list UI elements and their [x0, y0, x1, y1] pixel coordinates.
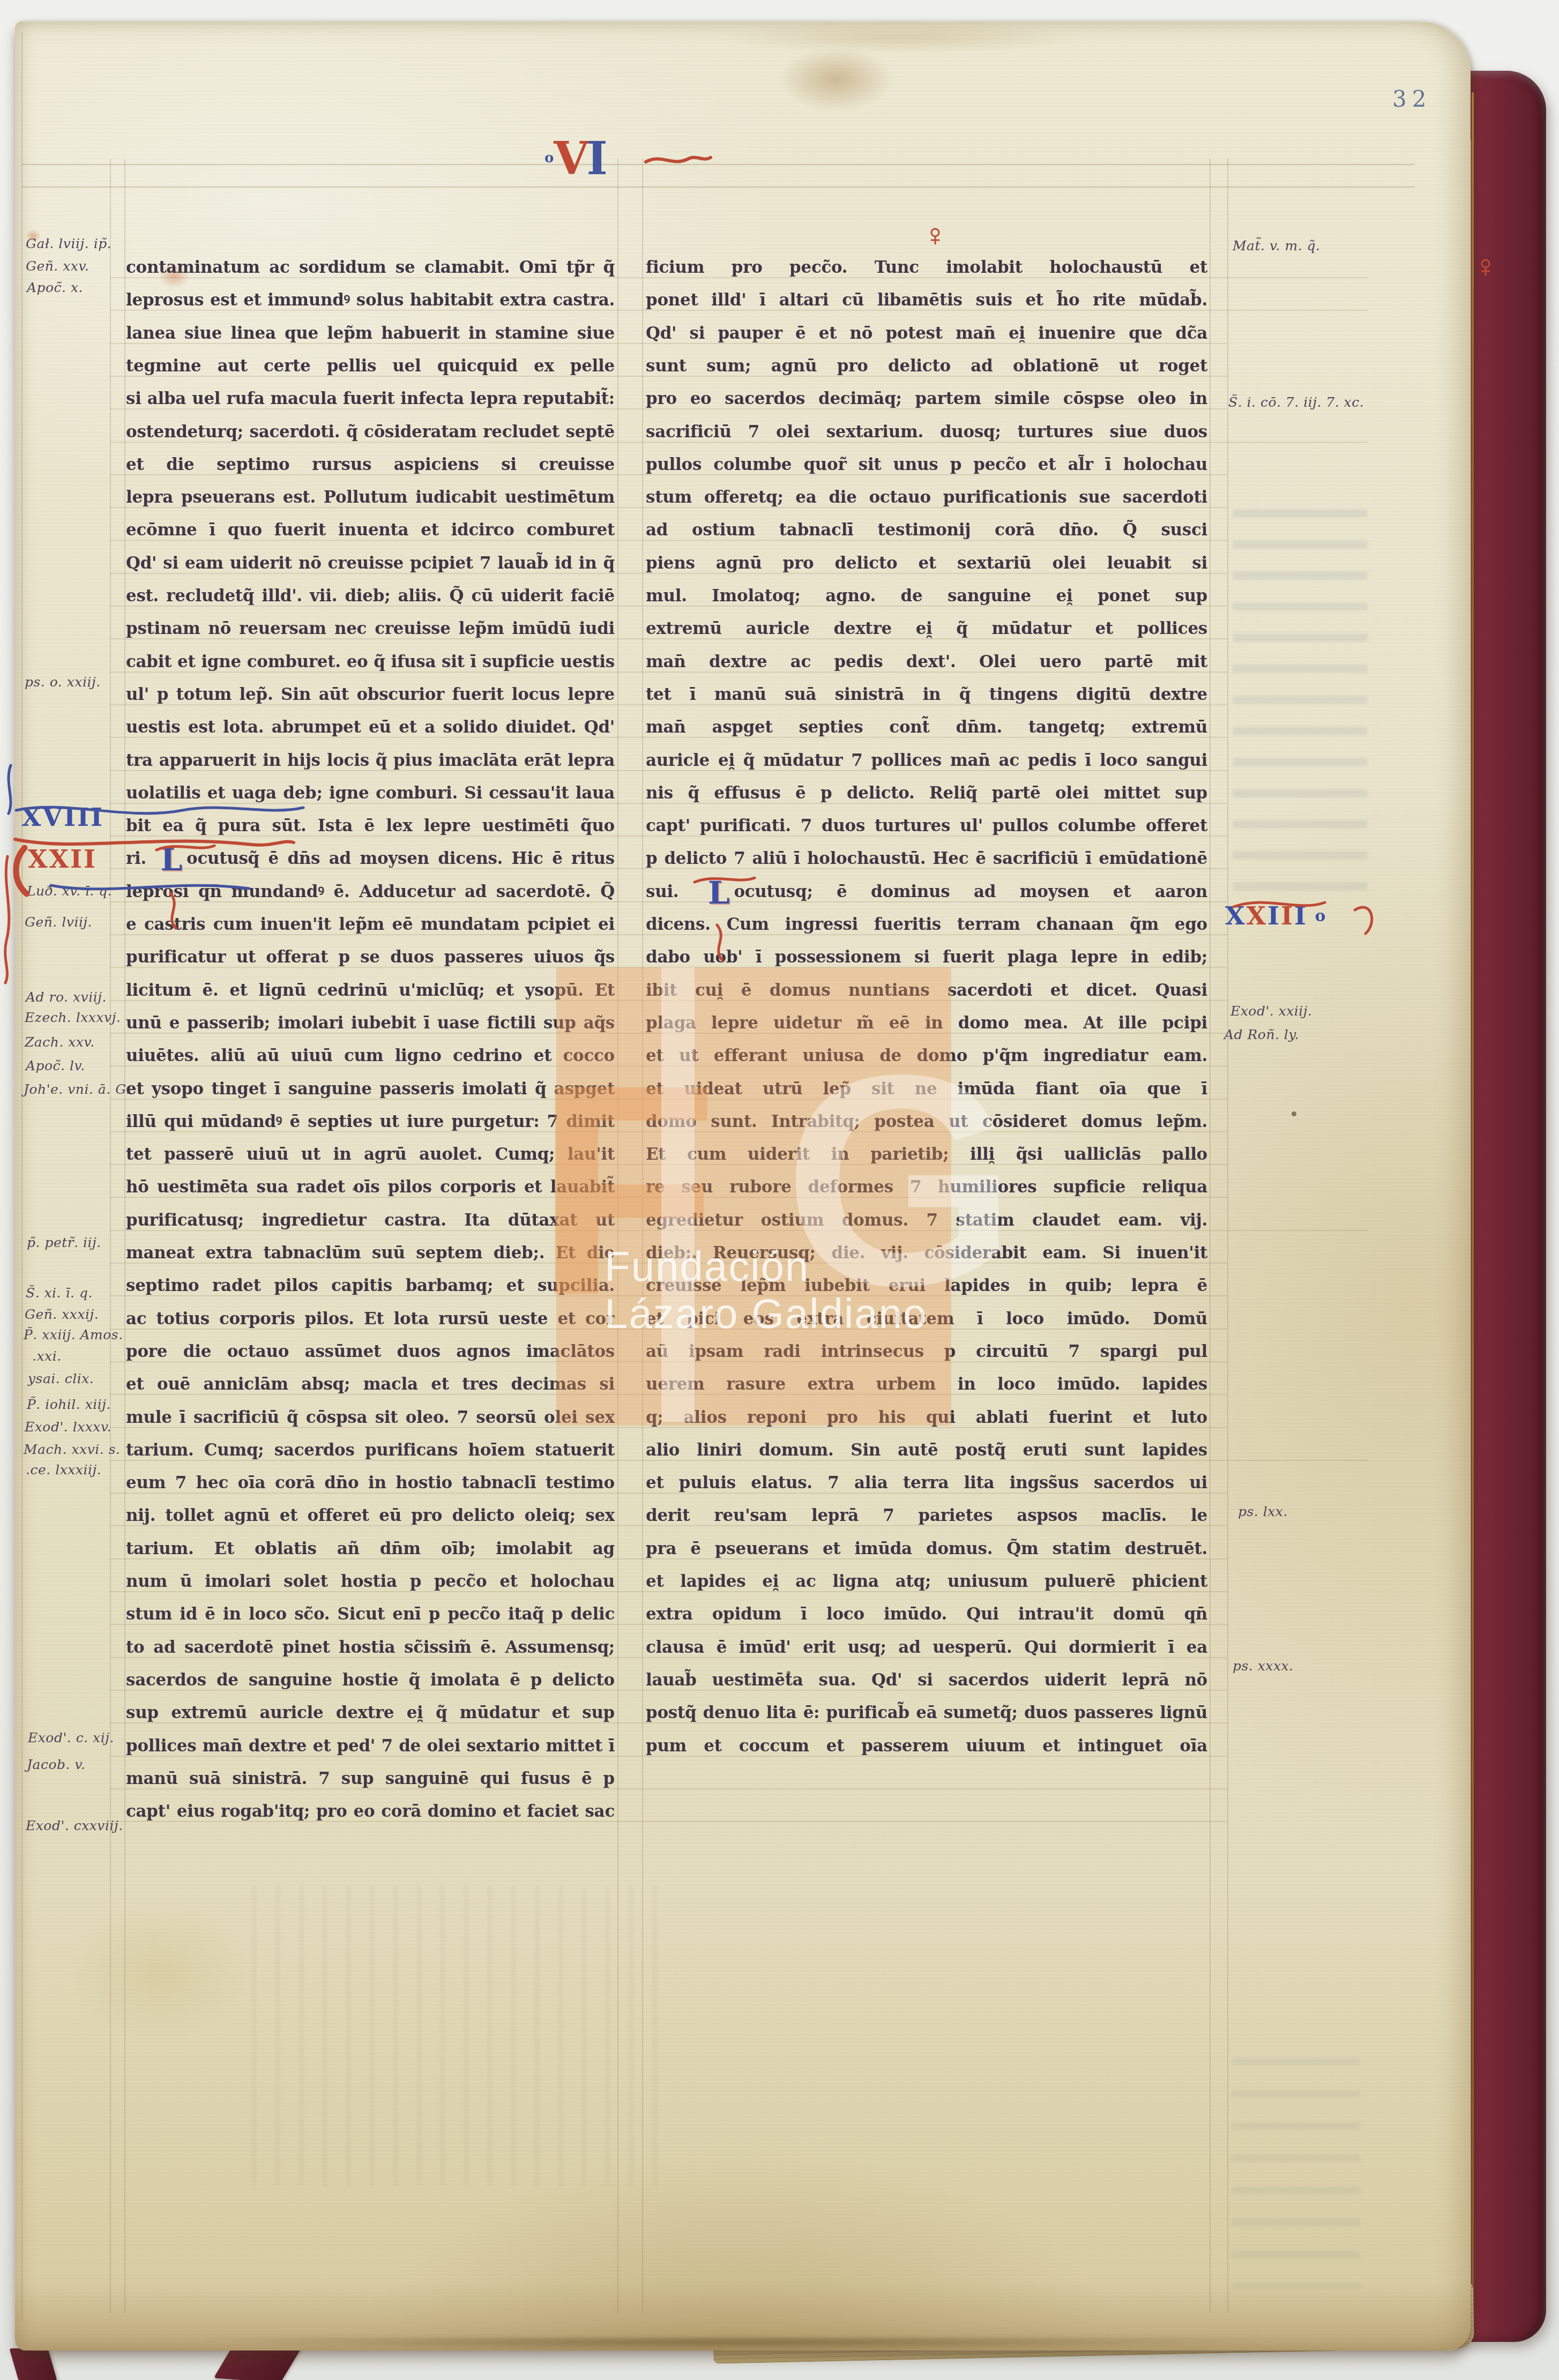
- text-line: sunt sum; agnū pro delicto ad oblationē …: [646, 350, 1207, 384]
- margin-note: Gał. lviij. ip̃.: [26, 236, 111, 251]
- text-line: lanea siue linea que lep̃m habuerit in s…: [126, 318, 615, 351]
- margin-note: Mach. xxvi. s.: [24, 1442, 121, 1457]
- text-line: ecōmne ī quo fuerit inuenta et idcirco c…: [126, 514, 615, 548]
- chapter-numeral-xviii: XVIII: [21, 803, 104, 832]
- text-line: nij. tollet agnū et offeret eū pro delic…: [126, 1500, 615, 1533]
- illuminated-initial: L: [161, 843, 182, 876]
- folio-number: 32: [1392, 86, 1431, 112]
- margin-note: Ezech. lxxxvj.: [25, 1010, 121, 1025]
- gold-fillet-line: [1472, 92, 1474, 2311]
- chapter-numeral-char: X: [1225, 901, 1246, 931]
- text-line: sup extremū auricle dextre ei̯ q̃ mūdatu…: [126, 1697, 615, 1730]
- header-numeral-blue: I: [587, 132, 608, 185]
- margin-note: Joh'e. vni. ā. G.: [24, 1081, 130, 1097]
- chapter-numeral-xxii: XXII: [28, 845, 97, 874]
- text-line: pum et coccum et passerem uiuum et intin…: [646, 1730, 1207, 1764]
- chapter-suffix-mark: o: [1308, 907, 1327, 926]
- chapter-numeral-char: I: [1281, 901, 1294, 931]
- text-line: tra apparuerit in hijs locis q̃ pius ima…: [126, 745, 615, 778]
- text-line: est. recludetq̃ illd'. vii. dieb; aliis.…: [126, 580, 615, 614]
- text-line: to ad sacerdotē pinet hostia sc̃issim̃ ē…: [126, 1632, 615, 1665]
- text-line: e castris cum inuen'it lep̃m eē mundatam…: [126, 909, 615, 942]
- text-line: extremū auricle dextre ei̯ q̃ mūdatur et…: [646, 613, 1207, 646]
- horizontal-rule: [21, 164, 1415, 165]
- text-line: contaminatum ac sordidum se clamabit. Om…: [126, 252, 615, 285]
- manuscript-scan: oVI 32 contaminatum ac sordidum se clama…: [0, 0, 1559, 2380]
- text-line: auricle ei̯ q̃ mūdatur 7 pollices man̄ a…: [646, 745, 1207, 778]
- watermark-text-line2: Lázaro Galdiano: [605, 1289, 927, 1338]
- text-line: dicens. Cum ingressi fueritis terram cha…: [646, 909, 1207, 942]
- text-line: nis q̃ effusus ē p delicto. Reliq̃ partē…: [646, 778, 1207, 811]
- text-line: et puluis elatus. 7 alia terra lita ings…: [646, 1467, 1207, 1501]
- text-line: pollices man̄ dextre et ped' 7 de olei s…: [126, 1730, 615, 1764]
- text-line: capt' eius rogab'itq; pro eo corā domino…: [126, 1796, 615, 1829]
- margin-note: .xxi.: [32, 1348, 62, 1364]
- margin-note: Geñ. xxv.: [26, 258, 89, 274]
- text-line: stum id ē in loco sc̃o. Sicut enī p pecc…: [126, 1599, 615, 1632]
- text-line: bit ea q̃ pura sūt. Ista ē lex lepre ues…: [126, 810, 615, 844]
- text-line: capt' purificati. 7 duos turtures ul' pu…: [646, 810, 1207, 844]
- binding-clasp-strap: [9, 2348, 57, 2380]
- text-line: tegmine aut certe pellis uel quicquid ex…: [126, 350, 615, 384]
- text-line: eum 7 hec oīa corā dn̄o in hostio tabnac…: [126, 1467, 615, 1501]
- margin-note: P̃. xxiij. Amos.: [24, 1327, 123, 1342]
- margin-note: P̃. iohil. xiij.: [27, 1397, 111, 1412]
- text-line: si alba uel rufa macula fuerit infecta l…: [126, 383, 615, 416]
- margin-note: Geñ. lviij.: [25, 914, 92, 930]
- text-line: ul' p totum lep̃. Sin aūt obscurior fuer…: [126, 679, 615, 712]
- margin-note: Mat̃. v. m. q̃.: [1233, 238, 1321, 253]
- text-line: manū suā sinistrā. 7 sup sanguinē qui fu…: [126, 1763, 615, 1796]
- text-line: pstinam nō reuersam nec creuisse lep̃m i…: [126, 613, 615, 646]
- text-line: sacrificiū 7 olei sextarium. duosq; turt…: [646, 416, 1207, 450]
- header-numeral-red: V: [554, 132, 586, 185]
- margin-note: S̃. xi. ī. q.: [26, 1285, 93, 1301]
- text-line: pullos columbe quor̃ sit unus p pecc̃o e…: [646, 449, 1207, 482]
- text-line: man̄ dextre ac pedis dext'. Olei uero pa…: [646, 646, 1207, 680]
- text-line: Qd' si eam uiderit nō creuisse pcipiet 7…: [126, 548, 615, 581]
- margin-note: Ad ro. xviij.: [26, 989, 107, 1005]
- header-guide-letter: o: [544, 150, 554, 166]
- text-line: tarium. Et oblatis añ dn̄m oīb; imolabit…: [126, 1533, 615, 1566]
- text-line: sacerdos de sanguine hostie q̃ imolata ē…: [126, 1665, 615, 1698]
- margin-note: Ad Roñ. ly.: [1224, 1027, 1299, 1042]
- illuminated-initial: L: [708, 876, 729, 909]
- margin-note: Apoc̃. lv.: [26, 1058, 85, 1073]
- margin-note: Jacob. v.: [27, 1757, 85, 1772]
- text-line: num ū imolari solet hostia p pecc̃o et h…: [126, 1566, 615, 1599]
- vertical-rule: [124, 159, 125, 2313]
- margin-note: Exod'. c. xij.: [28, 1730, 114, 1745]
- margin-note: ps. lxx.: [1238, 1504, 1288, 1519]
- ink-speck: [1292, 1111, 1296, 1116]
- text-line: sui. Locutusq; ē dominus ad moysen et aa…: [646, 876, 1207, 909]
- text-line: alio liniri domum. Sin autē postq̃ eruti…: [646, 1435, 1207, 1468]
- text-line: mul. Imolatoq; agno. de sanguine ei̯ pon…: [646, 580, 1207, 614]
- text-line: p delicto 7 aliū ī holochaustū. Hec ē sa…: [646, 843, 1207, 876]
- text-line: tet ī manū suā sinistrā in q̃ tingens di…: [646, 679, 1207, 712]
- margin-note: ps. xxxx.: [1233, 1658, 1294, 1674]
- chapter-numeral-char: X: [1246, 901, 1267, 931]
- text-line: lauab̃ uestimēta sua. Qd' si sacerdos ui…: [646, 1665, 1207, 1698]
- margin-note: Apoc̃. x.: [27, 280, 83, 295]
- margin-note: Luð. xv. ī. q.: [27, 883, 112, 899]
- text-line: tarium. Cumq; sacerdos purificans hoīem …: [126, 1435, 615, 1468]
- margin-note: p̃. petr̃. iij.: [27, 1235, 101, 1250]
- text-line: leprosus est et immundꝰ solus habitabit …: [126, 285, 615, 318]
- vertical-rule: [1210, 159, 1211, 2313]
- text-line: ri. Locutusq̃ ē dn̄s ad moysen dicens. H…: [126, 843, 615, 876]
- vertical-rule: [21, 32, 23, 2321]
- margin-note: Exod'. xxiij.: [1230, 1003, 1312, 1019]
- watermark-monogram-g: G: [784, 950, 1017, 1411]
- text-line: piens agnū pro delicto et sextariū olei …: [646, 548, 1207, 581]
- chapter-numeral-xxiii: XXIII o: [1225, 901, 1327, 931]
- text-line: leprosi qn̄ mundandꝰ ē. Adducetur ad sac…: [126, 876, 615, 909]
- margin-note: ysai. clix.: [28, 1371, 94, 1386]
- text-line: et lapides ei̯ ac ligna atq; uniusum pul…: [646, 1566, 1207, 1599]
- text-line: stum offeretq; ea die octauo purificatio…: [646, 482, 1207, 515]
- text-line: postq̃ denuo lita ē: purificab̃ eā sumet…: [646, 1697, 1207, 1730]
- chapter-numeral-char: I: [1267, 901, 1281, 931]
- text-line: ad ostium tabnaclī testimonij corā dn̄o.…: [646, 514, 1207, 548]
- text-line: cabit et igne comburet. eo q̃ ifusa sit …: [126, 646, 615, 680]
- margin-note: Geñ. xxxij.: [25, 1307, 99, 1322]
- text-line: uestis est lota. abrumpet eū et a solido…: [126, 712, 615, 745]
- text-line: ostendeturq; sacerdoti. q̃ cōsideratam r…: [126, 416, 615, 450]
- text-line: uolatilis et uaga deb; igne comburi. Si …: [126, 778, 615, 811]
- text-line: lepra pseuerans est. Pollutum iudicabit …: [126, 482, 615, 515]
- text-line: et die septimo rursus aspiciens si creui…: [126, 449, 615, 482]
- watermark-text-line1: Fundación: [605, 1242, 809, 1291]
- margin-note: Exod'. cxxviij.: [26, 1818, 123, 1833]
- text-line: Qd' si pauper ē et nō potest man̄ ei̯ in…: [646, 318, 1207, 351]
- vertical-rule: [110, 159, 111, 2313]
- vertical-rule: [1227, 159, 1228, 2313]
- margin-note: ps. o. xxiij.: [25, 674, 101, 690]
- text-line: ponet illd' ī altari cū libamētis suis e…: [646, 285, 1207, 318]
- watermark-monogram-l: [661, 967, 695, 1422]
- margin-note: Exod'. lxxxv.: [25, 1419, 111, 1435]
- margin-note: S̃. i. cō. 7. iij. 7. xc.: [1228, 394, 1364, 410]
- chapter-numeral-char: I: [1294, 901, 1308, 931]
- margin-note: Zach. xxv.: [25, 1034, 95, 1050]
- text-line: pro eo sacerdos decimāq; partem simile c…: [646, 383, 1207, 416]
- text-line: extra opidum ī loco imūdo. Qui intrau'it…: [646, 1599, 1207, 1632]
- text-line: pra ē pseuerans et imūda domus. Q̃m stat…: [646, 1533, 1207, 1566]
- text-line: derit reu'sam leprā 7 parietes aspsos ma…: [646, 1500, 1207, 1533]
- text-line: clausa ē imūd' erit usq; ad uesperū. Qui…: [646, 1632, 1207, 1665]
- margin-note: .ce. lxxxiij.: [26, 1462, 101, 1478]
- text-line: man̄ aspget septies cont̃ dn̄m. tangetq;…: [646, 712, 1207, 745]
- text-line: ficium pro pecc̃o. Tunc imolabit holocha…: [646, 252, 1207, 285]
- horizontal-rule: [21, 186, 1415, 188]
- running-header: oVI: [544, 132, 608, 191]
